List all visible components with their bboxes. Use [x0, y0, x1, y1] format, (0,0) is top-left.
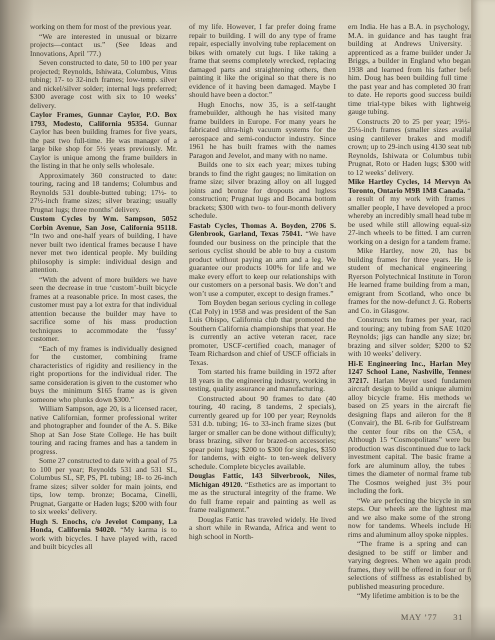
paragraph: Douglas Fattic, 143 Silverbrook, Niles, … — [189, 472, 336, 515]
paragraph: Tom started his frame building in 1972 a… — [189, 368, 336, 394]
text-column-1: working on them for most of the previous… — [30, 23, 177, 611]
paragraph: Builds one to six each year; mixes tubin… — [189, 161, 336, 221]
paragraph: Hugh Enochs, now 35, is a self-taught fr… — [189, 101, 336, 161]
paragraph: Seven constructed to date, 50 to 100 per… — [30, 59, 177, 110]
gutter-shadow — [0, 0, 34, 640]
bottom-shadow — [0, 606, 495, 640]
paragraph: William Sampson, age 20, is a licensed r… — [30, 405, 177, 456]
builder-listing-name: Hugh S. Enochs, c/o Jevelot Company, La … — [30, 517, 177, 535]
builder-listing-name: Douglas Fattic, 143 Silverbrook, Niles, … — [189, 471, 336, 489]
text-columns: working on them for most of the previous… — [30, 23, 479, 611]
paragraph: Hugh S. Enochs, c/o Jevelot Company, La … — [30, 518, 177, 552]
paragraph: Tom Boyden began serious cycling in coll… — [189, 299, 336, 367]
paragraph: Approximately 360 constructed to date: t… — [30, 172, 177, 215]
paragraph: “We are interested in unusual or bizarre… — [30, 33, 177, 59]
builder-listing-name: Caylor Frames, Gunnar Caylor, P.O. Box 1… — [30, 110, 177, 128]
paragraph: “With the advent of more builders we hav… — [30, 276, 177, 344]
paragraph: Constructed about 90 frames to date (40 … — [189, 395, 336, 472]
scanned-magazine-page: working on them for most of the previous… — [0, 0, 495, 640]
builder-listing-name: Fastab Cycles, Thomas A. Boyden, 2706 S.… — [189, 221, 336, 239]
paragraph: Some 27 constructed to date with a goal … — [30, 457, 177, 517]
page-edge — [471, 0, 495, 640]
builder-listing-name: Custom Cycles by Wm. Sampson, 5052 Corbi… — [30, 214, 177, 232]
paragraph: Douglas Fattic has traveled widely. He l… — [189, 516, 336, 542]
paragraph: working on them for most of the previous… — [30, 23, 177, 32]
paragraph: “Each of my frames is individually desig… — [30, 345, 177, 405]
paragraph: of my life. However, I far prefer doing … — [189, 23, 336, 100]
paragraph: Custom Cycles by Wm. Sampson, 5052 Corbi… — [30, 215, 177, 275]
text-column-2: of my life. However, I far prefer doing … — [189, 23, 336, 611]
paragraph: Fastab Cycles, Thomas A. Boyden, 2706 S.… — [189, 222, 336, 299]
paragraph: Caylor Frames, Gunnar Caylor, P.O. Box 1… — [30, 111, 177, 171]
page-right-shade — [457, 0, 471, 640]
